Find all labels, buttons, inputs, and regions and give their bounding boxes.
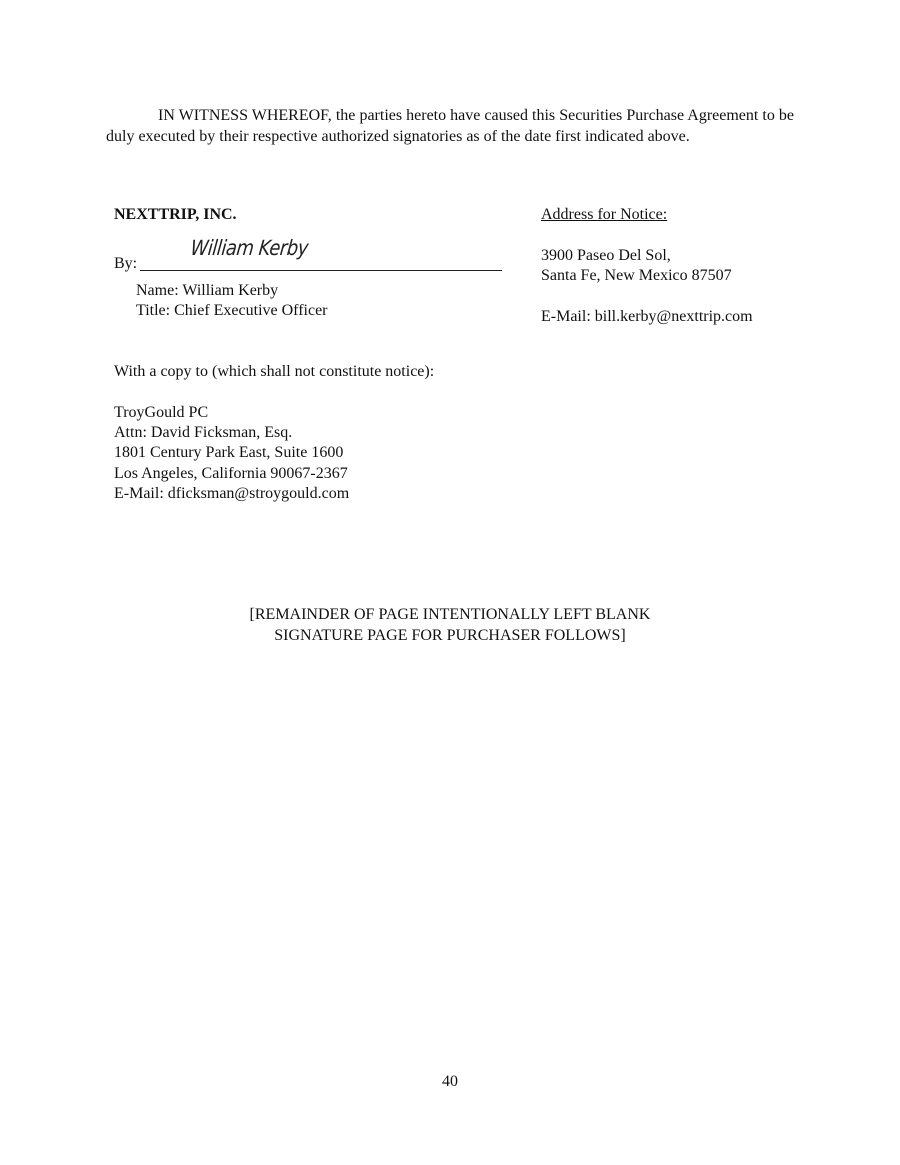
copy-to-address-line2: Los Angeles, California 90067-2367 [114, 464, 348, 485]
company-name: NEXTTRIP, INC. [114, 205, 237, 226]
copy-to-email: E-Mail: dficksman@stroygould.com [114, 484, 349, 505]
copy-to-firm: TroyGould PC [114, 403, 208, 424]
page-number: 40 [0, 1072, 900, 1093]
notice-address-line2: Santa Fe, New Mexico 87507 [541, 266, 732, 287]
witness-paragraph: IN WITNESS WHEREOF, the parties hereto h… [106, 106, 794, 147]
signer-title: Title: Chief Executive Officer [136, 301, 328, 322]
copy-to-intro: With a copy to (which shall not constitu… [114, 362, 434, 383]
remainder-notice-line1: [REMAINDER OF PAGE INTENTIONALLY LEFT BL… [0, 605, 900, 626]
signature-line [140, 270, 502, 271]
copy-to-address-line1: 1801 Century Park East, Suite 1600 [114, 443, 343, 464]
signer-name: Name: William Kerby [136, 281, 278, 302]
notice-email: E-Mail: bill.kerby@nexttrip.com [541, 307, 753, 328]
notice-heading: Address for Notice: [541, 205, 667, 226]
copy-to-attn: Attn: David Ficksman, Esq. [114, 423, 292, 444]
by-label: By: [114, 254, 137, 275]
notice-address-line1: 3900 Paseo Del Sol, [541, 246, 671, 267]
signature: William Kerby [189, 236, 309, 260]
remainder-notice-line2: SIGNATURE PAGE FOR PURCHASER FOLLOWS] [0, 626, 900, 647]
